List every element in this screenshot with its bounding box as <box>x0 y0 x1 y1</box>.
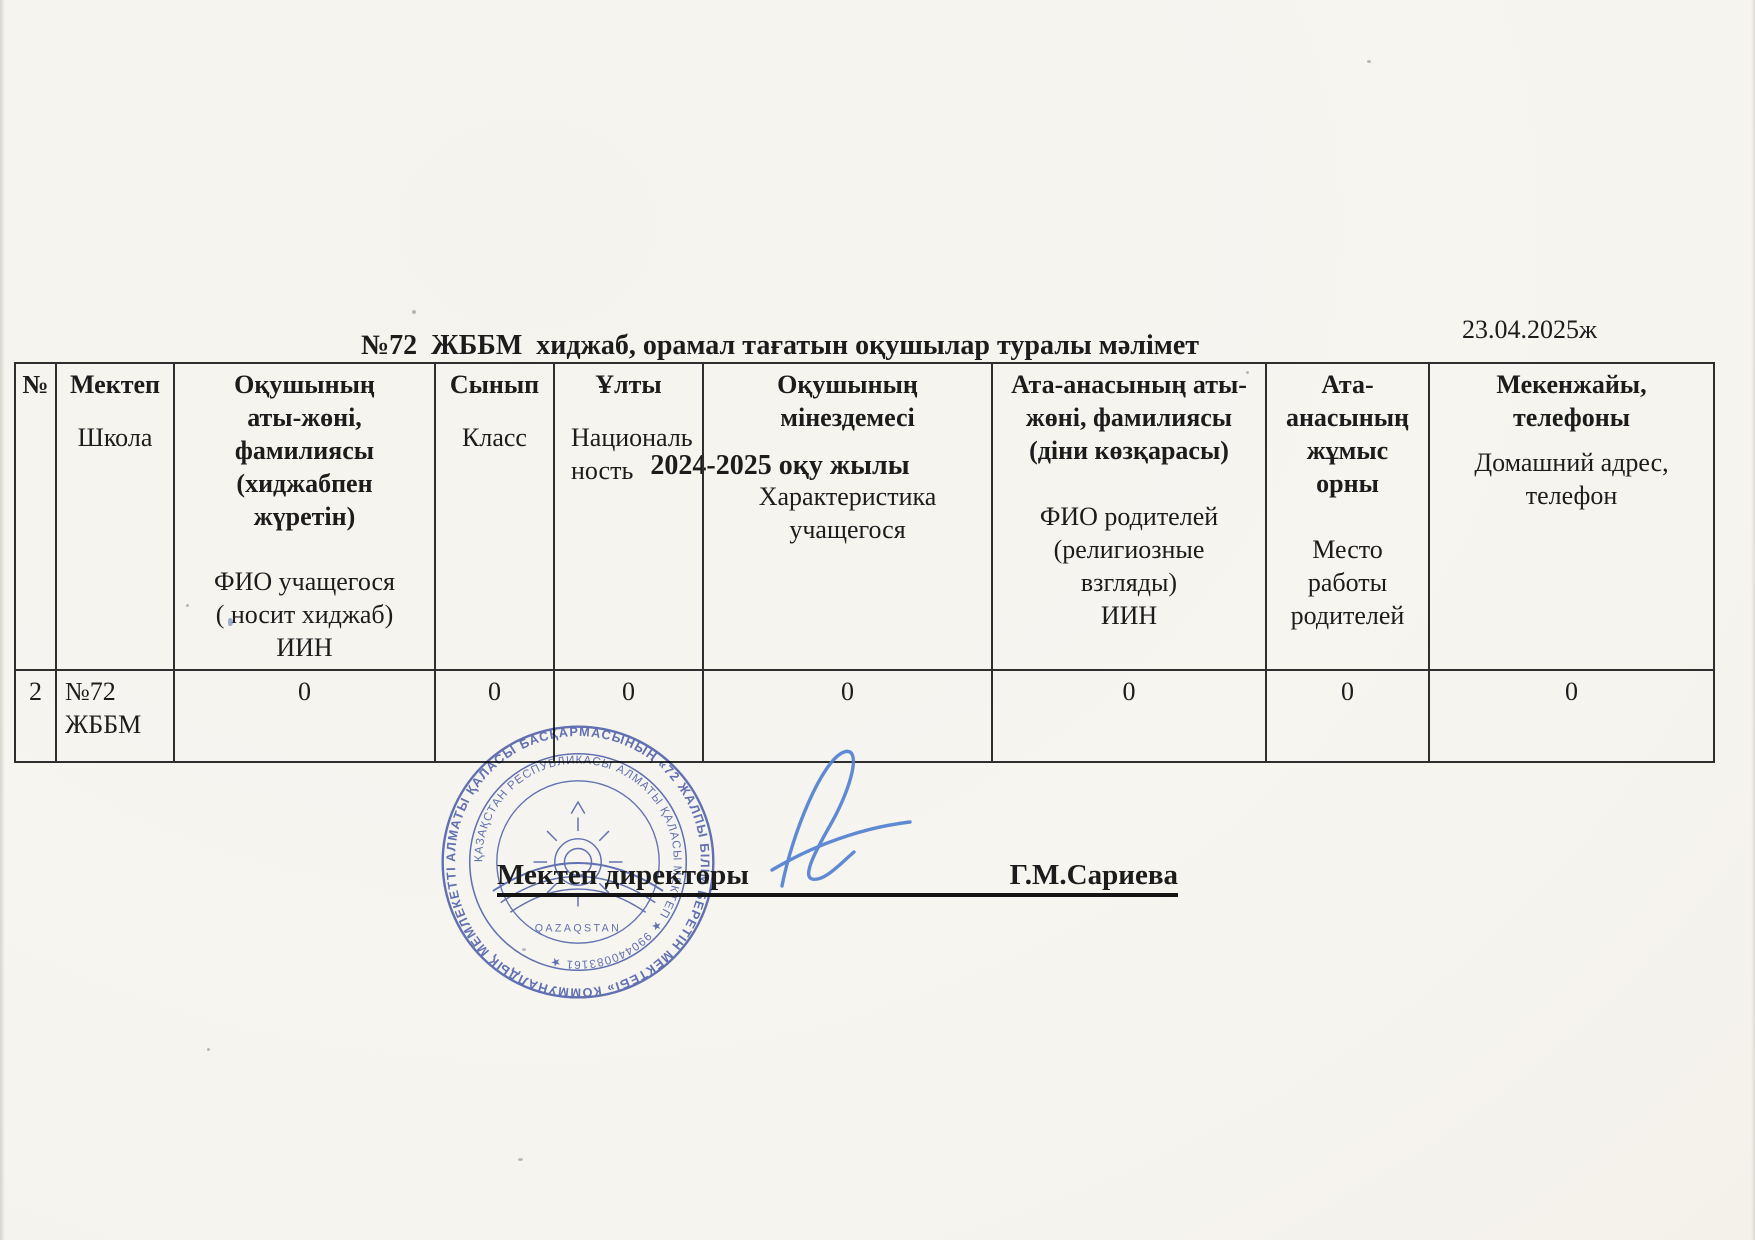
header-cell-characteristic: Оқушының мінездемесі Характеристика учащ… <box>703 363 992 670</box>
cell-address: 0 <box>1429 670 1714 762</box>
header-label-ru: Характеристика учащегося <box>710 480 985 546</box>
header-label-ru: ФИО учащегося ( носит хиджаб) ИИН <box>181 565 428 664</box>
scan-speck <box>412 310 416 314</box>
header-label-kk: Ата-анасының аты- жөні, фамилиясы (діни … <box>999 368 1259 467</box>
header-label-ru: Националь ность <box>561 421 696 487</box>
header-label-ru: Класс <box>442 421 547 454</box>
students-table: № Мектеп Школа Оқушының аты-жөні, фамили… <box>14 362 1715 763</box>
signature-line: Мектеп директоры Г.М.Сариева <box>497 856 1178 897</box>
header-label-kk: Сынып <box>442 368 547 401</box>
header-label-kk: Оқушының аты-жөні, фамилиясы (хиджабпен … <box>181 368 428 533</box>
header-cell-student-name: Оқушының аты-жөні, фамилиясы (хиджабпен … <box>174 363 435 670</box>
scan-speck <box>1246 371 1249 374</box>
document-date: 23.04.2025ж <box>1462 315 1597 345</box>
header-label-kk: Оқушының мінездемесі <box>710 368 985 434</box>
header-cell-school: Мектеп Школа <box>56 363 174 670</box>
header-label-ru: Домашний адрес, телефон <box>1436 446 1707 512</box>
header-label-ru: Школа <box>63 421 167 454</box>
scan-speck <box>522 948 526 951</box>
stamp-center-text: QAZAQSTAN <box>535 923 622 935</box>
cell-student-name: 0 <box>174 670 435 762</box>
scan-speck <box>207 1048 210 1051</box>
cell-parents-work: 0 <box>1266 670 1429 762</box>
header-cell-nationality: Ұлты Националь ность <box>554 363 703 670</box>
scan-speck <box>518 1158 523 1161</box>
scan-speck <box>1367 60 1371 63</box>
signature-name: Г.М.Сариева <box>1010 858 1178 892</box>
header-label-kk: № <box>22 368 49 401</box>
document-title: №72 ЖББМ хиджаб, орамал тағатын оқушылар… <box>0 326 1560 366</box>
cell-parents-name: 0 <box>992 670 1266 762</box>
table-header-row: № Мектеп Школа Оқушының аты-жөні, фамили… <box>15 363 1714 670</box>
header-cell-number: № <box>15 363 56 670</box>
scan-speck <box>186 604 189 607</box>
cell-row-number: 2 <box>15 670 56 762</box>
header-cell-parents-work: Ата- анасының жұмыс орны Место работы ро… <box>1266 363 1429 670</box>
header-cell-class: Сынып Класс <box>435 363 554 670</box>
header-label-kk: Мектеп <box>63 368 167 401</box>
header-label-kk: Ата- анасының жұмыс орны <box>1273 368 1422 500</box>
header-cell-parents-name: Ата-анасының аты- жөні, фамилиясы (діни … <box>992 363 1266 670</box>
header-label-kk: Ұлты <box>561 368 696 401</box>
signature-role-label: Мектеп директоры <box>497 858 749 892</box>
header-label-ru: ФИО родителей (религиозные взгляды) ИИН <box>999 500 1259 632</box>
header-label-ru: Место работы родителей <box>1273 533 1422 632</box>
scan-speck <box>228 618 233 626</box>
header-label-kk: Мекенжайы, телефоны <box>1436 368 1707 434</box>
header-cell-address: Мекенжайы, телефоны Домашний адрес, теле… <box>1429 363 1714 670</box>
scanned-document-page: №72 ЖББМ хиджаб, орамал тағатын оқушылар… <box>0 0 1755 1240</box>
cell-school: №72 ЖББМ <box>56 670 174 762</box>
